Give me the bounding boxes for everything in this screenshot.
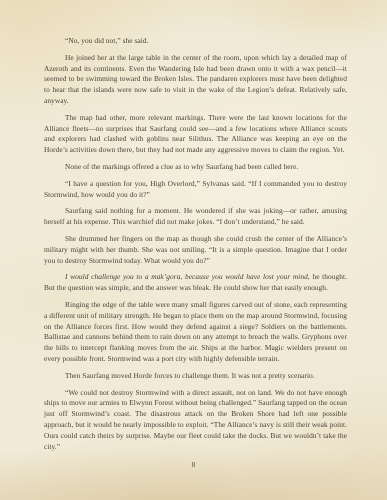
paragraph: She drummed her fingers on the map as th… [44, 234, 347, 266]
paragraph-run-italic: I would challenge you to a mak’gora, bec… [65, 272, 310, 281]
paragraph-run: Saurfang said nothing for a moment. He w… [44, 206, 347, 226]
book-page: “No, you did not,” she said.He joined he… [0, 0, 387, 500]
paragraph: “We could not destroy Stormwind with a d… [44, 388, 347, 453]
paragraph: The map had other, more relevant marking… [44, 113, 347, 156]
paragraph-run: “No, you did not,” she said. [65, 36, 149, 45]
page-text-block: “No, you did not,” she said.He joined he… [44, 36, 347, 458]
paragraph: Then Saurfang moved Horde forces to chal… [44, 371, 347, 382]
paragraph: “No, you did not,” she said. [44, 36, 347, 47]
paragraph: Ringing the edge of the table were many … [44, 300, 347, 365]
paragraph: None of the markings offered a clue as t… [44, 162, 347, 173]
page-number: 8 [0, 460, 387, 469]
paragraph-run: She drummed her fingers on the map as th… [44, 234, 347, 265]
paragraph-run: None of the markings offered a clue as t… [65, 162, 298, 171]
paragraph-run: He joined her at the large table in the … [44, 53, 347, 105]
paragraph-run: The map had other, more relevant marking… [44, 113, 347, 154]
paragraph-run: “I have a question for you, High Overlor… [44, 179, 347, 199]
paragraph: He joined her at the large table in the … [44, 53, 347, 107]
paragraph-run: Ringing the edge of the table were many … [44, 300, 347, 363]
paragraph: I would challenge you to a mak’gora, bec… [44, 272, 347, 294]
paragraph-run: Then Saurfang moved Horde forces to chal… [65, 371, 315, 380]
paragraph-run: “We could not destroy Stormwind with a d… [44, 388, 347, 451]
paragraph: Saurfang said nothing for a moment. He w… [44, 206, 347, 228]
paragraph: “I have a question for you, High Overlor… [44, 179, 347, 201]
